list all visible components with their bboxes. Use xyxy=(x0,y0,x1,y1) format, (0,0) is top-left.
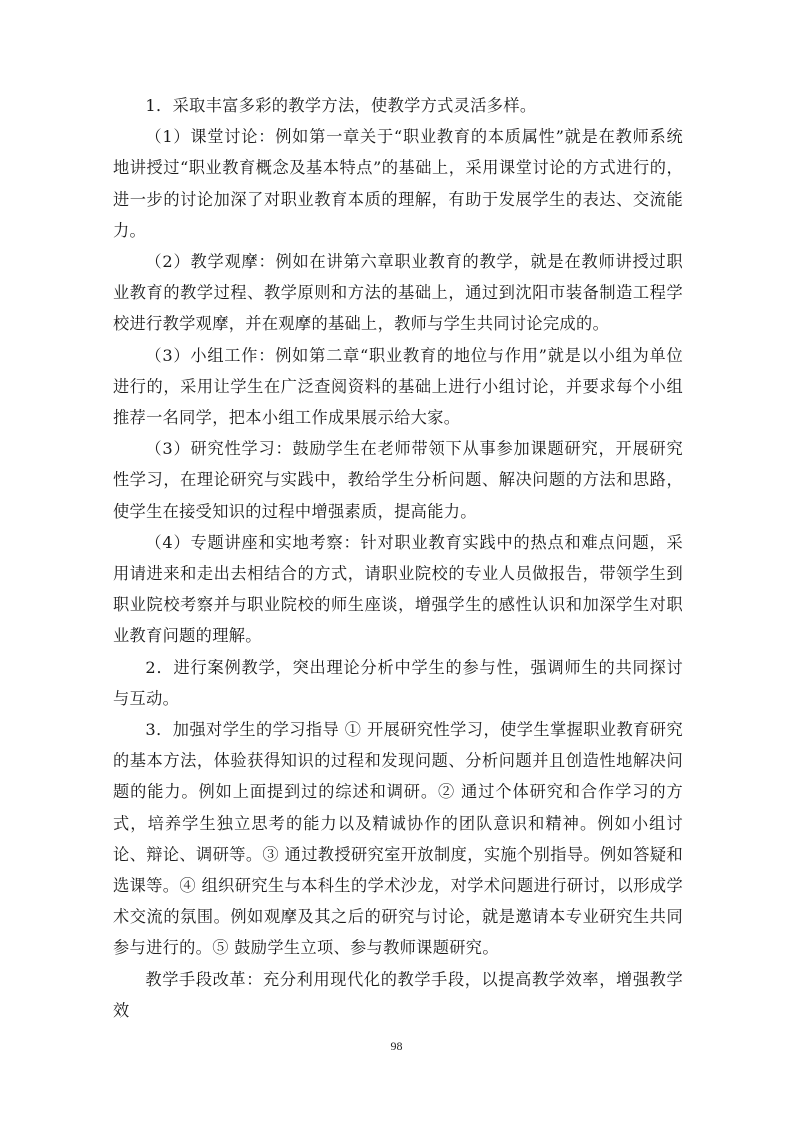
paragraph-lectures-field-study: （4）专题讲座和实地考察：针对职业教育实践中的热点和难点问题，采用请进来和走出去… xyxy=(113,527,683,652)
page-number: 98 xyxy=(0,1039,793,1054)
document-page: 1．采取丰富多彩的教学方法，使教学方式灵活多样。 （1）课堂讨论：例如第一章关于… xyxy=(0,0,793,1122)
paragraph-teaching-observation: （2）教学观摩：例如在讲第六章职业教育的教学，就是在教师讲授过职业教育的教学过程… xyxy=(113,246,683,340)
paragraph-learning-guidance: 3．加强对学生的学习指导 ① 开展研究性学习，使学生掌握职业教育研究的基本方法，… xyxy=(113,714,683,964)
paragraph-case-teaching: 2．进行案例教学，突出理论分析中学生的参与性，强调师生的共同探讨与互动。 xyxy=(113,652,683,714)
paragraph-classroom-discussion: （1）课堂讨论：例如第一章关于“职业教育的本质属性”就是在教师系统地讲授过“职业… xyxy=(113,121,683,246)
paragraph-research-learning: （3）研究性学习：鼓励学生在老师带领下从事参加课题研究，开展研究性学习，在理论研… xyxy=(113,433,683,527)
paragraph-teaching-means-reform: 教学手段改革：充分利用现代化的教学手段，以提高教学效率，增强教学效 xyxy=(113,964,683,1026)
paragraph-teaching-methods-heading: 1．采取丰富多彩的教学方法，使教学方式灵活多样。 xyxy=(113,90,683,121)
paragraph-group-work: （3）小组工作：例如第二章“职业教育的地位与作用”就是以小组为单位进行的，采用让… xyxy=(113,340,683,434)
body-text: 1．采取丰富多彩的教学方法，使教学方式灵活多样。 （1）课堂讨论：例如第一章关于… xyxy=(113,90,683,1026)
